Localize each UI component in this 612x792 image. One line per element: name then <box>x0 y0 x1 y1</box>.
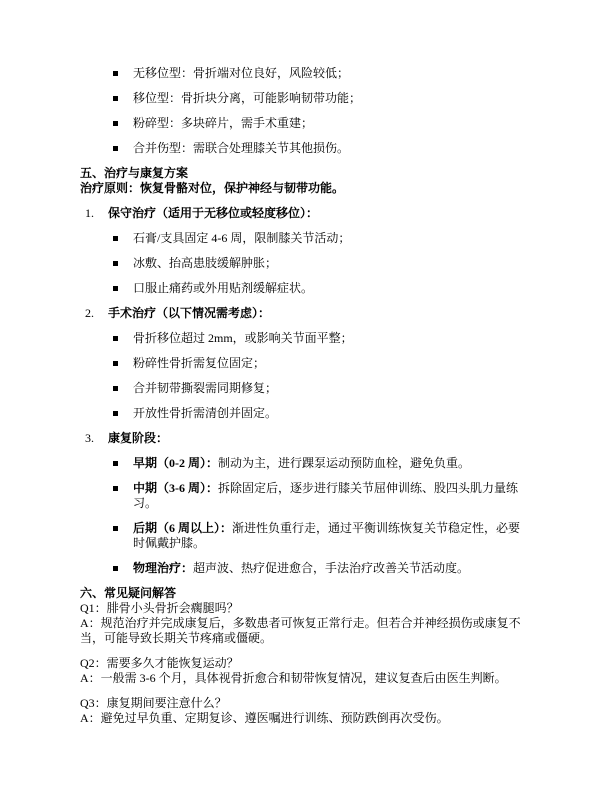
section-faq-heading: 六、常见疑问解答 <box>80 586 530 601</box>
item-number: 1. <box>80 206 108 221</box>
square-bullet-icon <box>113 526 118 531</box>
answer-text: A：避免过早负重、定期复诊、遵医嘱进行训练、预防跌倒再次受伤。 <box>80 711 530 726</box>
treatment-principle: 治疗原则：恢复骨骼对位，保护神经与韧带功能。 <box>80 181 530 196</box>
bullet-text: 粉碎性骨折需复位固定； <box>133 356 530 371</box>
square-bullet-icon <box>113 71 118 76</box>
list-item: 口服止痛药或外用贴剂缓解症状。 <box>113 281 530 296</box>
square-bullet-icon <box>113 361 118 366</box>
bullet-text: 移位型：骨折块分离，可能影响韧带功能； <box>133 91 530 106</box>
item-number: 3. <box>80 431 108 446</box>
item-number: 2. <box>80 306 108 321</box>
bullet-text: 骨折移位超过 2mm，或影响关节面平整； <box>133 331 530 346</box>
square-bullet-icon <box>113 486 118 491</box>
list-item: 粉碎型：多块碎片，需手术重建； <box>113 116 530 131</box>
list-item: 中期（3-6 周）：拆除固定后，逐步进行膝关节屈伸训练、股四头肌力量练习。 <box>113 481 530 511</box>
surgical-bullet-list: 骨折移位超过 2mm，或影响关节面平整； 粉碎性骨折需复位固定； 合并韧带撕裂需… <box>80 331 530 421</box>
square-bullet-icon <box>113 96 118 101</box>
bullet-text: 合并伤型：需联合处理膝关节其他损伤。 <box>133 141 530 156</box>
list-item: 无移位型：骨折端对位良好，风险较低； <box>113 66 530 81</box>
square-bullet-icon <box>113 386 118 391</box>
bullet-lead: 物理治疗： <box>133 561 193 575</box>
square-bullet-icon <box>113 566 118 571</box>
question-text: Q1：腓骨小头骨折会瘸腿吗？ <box>80 601 530 616</box>
bullet-text: 早期（0-2 周）：制动为主，进行踝泵运动预防血栓，避免负重。 <box>133 456 530 471</box>
bullet-text: 无移位型：骨折端对位良好，风险较低； <box>133 66 530 81</box>
list-item: 石膏/支具固定 4-6 周，限制膝关节活动； <box>113 231 530 246</box>
answer-text: A：规范治疗并完成康复后，多数患者可恢复正常行走。但若合并神经损伤或康复不当，可… <box>80 616 530 646</box>
list-item: 物理治疗：超声波、热疗促进愈合，手法治疗改善关节活动度。 <box>113 561 530 576</box>
fracture-type-list: 无移位型：骨折端对位良好，风险较低； 移位型：骨折块分离，可能影响韧带功能； 粉… <box>80 66 530 156</box>
bullet-text: 开放性骨折需清创并固定。 <box>133 406 530 421</box>
numbered-item-surgical: 2. 手术治疗（以下情况需考虑）： <box>80 306 530 321</box>
document-page: 无移位型：骨折端对位良好，风险较低； 移位型：骨折块分离，可能影响韧带功能； 粉… <box>0 0 612 792</box>
square-bullet-icon <box>113 236 118 241</box>
list-item: 骨折移位超过 2mm，或影响关节面平整； <box>113 331 530 346</box>
square-bullet-icon <box>113 336 118 341</box>
bullet-lead: 后期（6 周以上）： <box>133 521 232 535</box>
bullet-body: 制动为主，进行踝泵运动预防血栓，避免负重。 <box>218 456 470 470</box>
bullet-text: 石膏/支具固定 4-6 周，限制膝关节活动； <box>133 231 530 246</box>
bullet-text: 冰敷、抬高患肢缓解肿胀； <box>133 256 530 271</box>
numbered-item-rehab: 3. 康复阶段： <box>80 431 530 446</box>
bullet-text: 中期（3-6 周）：拆除固定后，逐步进行膝关节屈伸训练、股四头肌力量练习。 <box>133 481 530 511</box>
list-item: 移位型：骨折块分离，可能影响韧带功能； <box>113 91 530 106</box>
item-title: 手术治疗（以下情况需考虑）： <box>108 306 530 321</box>
item-title: 保守治疗（适用于无移位或轻度移位）： <box>108 206 530 221</box>
bullet-lead: 中期（3-6 周）： <box>133 481 218 495</box>
list-item: 冰敷、抬高患肢缓解肿胀； <box>113 256 530 271</box>
section-treatment-heading: 五、治疗与康复方案 <box>80 166 530 181</box>
list-item: 合并韧带撕裂需同期修复； <box>113 381 530 396</box>
square-bullet-icon <box>113 261 118 266</box>
square-bullet-icon <box>113 411 118 416</box>
qa-block: Q3：康复期间要注意什么？ A：避免过早负重、定期复诊、遵医嘱进行训练、预防跌倒… <box>80 696 530 726</box>
square-bullet-icon <box>113 146 118 151</box>
bullet-text: 粉碎型：多块碎片，需手术重建； <box>133 116 530 131</box>
item-title: 康复阶段： <box>108 431 530 446</box>
list-item: 合并伤型：需联合处理膝关节其他损伤。 <box>113 141 530 156</box>
question-text: Q2：需要多久才能恢复运动？ <box>80 656 530 671</box>
conservative-bullet-list: 石膏/支具固定 4-6 周，限制膝关节活动； 冰敷、抬高患肢缓解肿胀； 口服止痛… <box>80 231 530 296</box>
list-item: 早期（0-2 周）：制动为主，进行踝泵运动预防血栓，避免负重。 <box>113 456 530 471</box>
question-text: Q3：康复期间要注意什么？ <box>80 696 530 711</box>
square-bullet-icon <box>113 286 118 291</box>
bullet-text: 口服止痛药或外用贴剂缓解症状。 <box>133 281 530 296</box>
list-item: 后期（6 周以上）：渐进性负重行走，通过平衡训练恢复关节稳定性，必要时佩戴护膝。 <box>113 521 530 551</box>
bullet-text: 物理治疗：超声波、热疗促进愈合，手法治疗改善关节活动度。 <box>133 561 530 576</box>
bullet-body: 超声波、热疗促进愈合，手法治疗改善关节活动度。 <box>193 561 469 575</box>
answer-text: A：一般需 3-6 个月，具体视骨折愈合和韧带恢复情况，建议复查后由医生判断。 <box>80 671 530 686</box>
bullet-text: 后期（6 周以上）：渐进性负重行走，通过平衡训练恢复关节稳定性，必要时佩戴护膝。 <box>133 521 530 551</box>
square-bullet-icon <box>113 461 118 466</box>
qa-block: Q2：需要多久才能恢复运动？ A：一般需 3-6 个月，具体视骨折愈合和韧带恢复… <box>80 656 530 686</box>
list-item: 粉碎性骨折需复位固定； <box>113 356 530 371</box>
square-bullet-icon <box>113 121 118 126</box>
list-item: 开放性骨折需清创并固定。 <box>113 406 530 421</box>
numbered-item-conservative: 1. 保守治疗（适用于无移位或轻度移位）： <box>80 206 530 221</box>
qa-block: Q1：腓骨小头骨折会瘸腿吗？ A：规范治疗并完成康复后，多数患者可恢复正常行走。… <box>80 601 530 646</box>
bullet-text: 合并韧带撕裂需同期修复； <box>133 381 530 396</box>
rehab-bullet-list: 早期（0-2 周）：制动为主，进行踝泵运动预防血栓，避免负重。 中期（3-6 周… <box>80 456 530 576</box>
bullet-lead: 早期（0-2 周）： <box>133 456 218 470</box>
